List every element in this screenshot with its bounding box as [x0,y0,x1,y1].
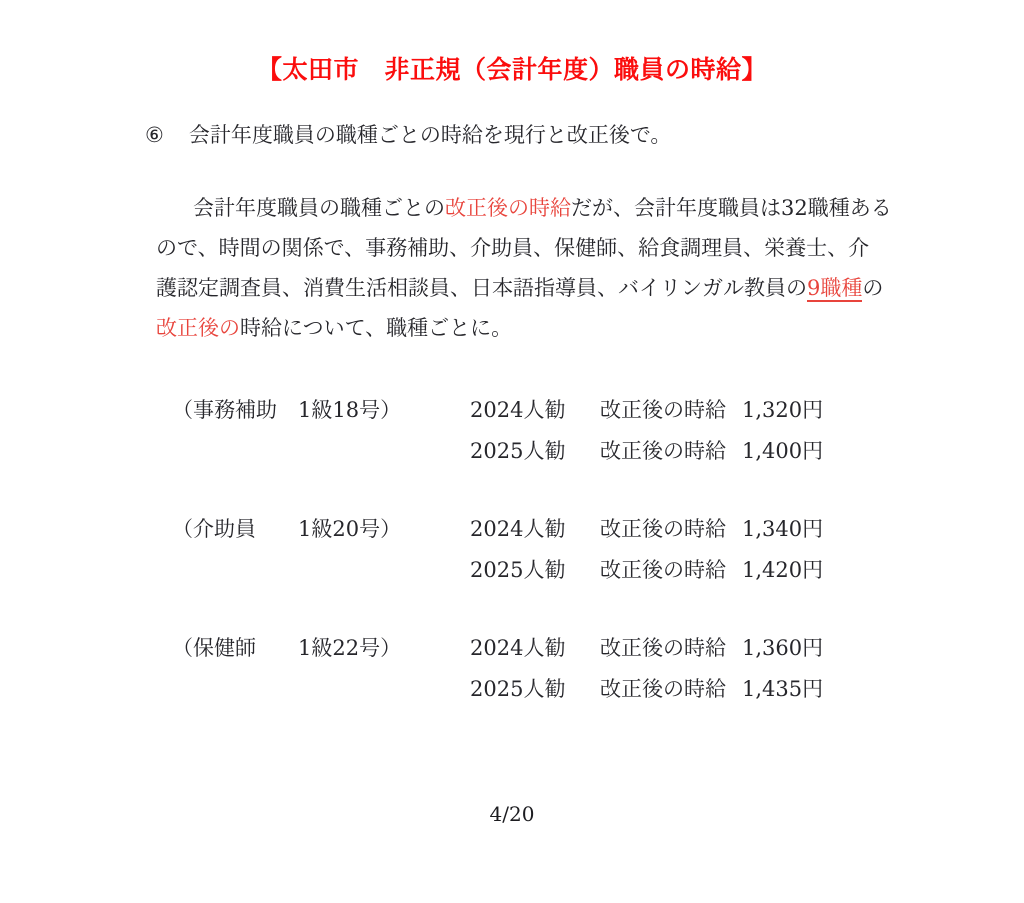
paragraph-segment: ので、時間の関係で、事務補助、介助員、保健師、給食調理員、栄養士、介 [156,236,869,260]
jinkan-year: 2025人勧 [470,550,600,591]
revised-wage-label: 改正後の時給 [600,431,742,472]
jinkan-year: 2024人勧 [470,628,600,669]
paragraph-line: 改正後の時給について、職種ごとに。 [156,308,896,348]
wage-amount: 1,435円 [742,669,823,710]
jinkan-year: 2025人勧 [470,431,600,472]
paragraph-segment-red-underlined: 9職種 [807,276,862,302]
job-grade-label-empty [172,550,470,591]
paragraph-segment: だが、会計年度職員は32職種ある [571,196,892,220]
revised-wage-label: 改正後の時給 [600,509,742,550]
paragraph-segment: 会計年度職員の職種ごとの [193,196,445,220]
revised-wage-label: 改正後の時給 [600,390,742,431]
wage-row: （介助員 1級20号） 2024人勧 改正後の時給 1,340円 [172,509,823,550]
page-title: 【太田市 非正規（会計年度）職員の時給】 [0,50,1024,86]
wage-amount: 1,420円 [742,550,823,591]
item-line: ⑥会計年度職員の職種ごとの時給を現行と改正後で。 [145,119,671,151]
wage-row: （事務補助 1級18号） 2024人勧 改正後の時給 1,320円 [172,390,823,431]
wage-amount: 1,320円 [742,390,823,431]
paragraph-segment: の [862,276,883,300]
job-grade-label-empty [172,669,470,710]
wage-block-kaijoin: （介助員 1級20号） 2024人勧 改正後の時給 1,340円 2025人勧 … [172,509,823,591]
page-number: 4/20 [0,802,1024,826]
revised-wage-label: 改正後の時給 [600,669,742,710]
paragraph-line: 会計年度職員の職種ごとの改正後の時給だが、会計年度職員は32職種ある [156,188,896,228]
wage-block-hokenshi: （保健師 1級22号） 2024人勧 改正後の時給 1,360円 2025人勧 … [172,628,823,710]
paragraph-segment: 時給について、職種ごとに。 [240,316,512,340]
jinkan-year: 2024人勧 [470,390,600,431]
wage-amount: 1,340円 [742,509,823,550]
item-number: ⑥ [145,119,164,151]
paragraph-segment: 護認定調査員、消費生活相談員、日本語指導員、バイリンガル教員の [156,276,807,300]
paragraph-segment-red: 改正後の [156,316,240,340]
revised-wage-label: 改正後の時給 [600,550,742,591]
job-grade-label: （事務補助 1級18号） [172,390,470,431]
paragraph-line: 護認定調査員、消費生活相談員、日本語指導員、バイリンガル教員の9職種の [156,268,896,308]
paragraph-line: ので、時間の関係で、事務補助、介助員、保健師、給食調理員、栄養士、介 [156,228,896,268]
jinkan-year: 2024人勧 [470,509,600,550]
wage-row: 2025人勧 改正後の時給 1,400円 [172,431,823,472]
document-page: 【太田市 非正規（会計年度）職員の時給】 ⑥会計年度職員の職種ごとの時給を現行と… [0,0,1024,903]
wage-row: （保健師 1級22号） 2024人勧 改正後の時給 1,360円 [172,628,823,669]
job-grade-label: （介助員 1級20号） [172,509,470,550]
paragraph-segment-red: 改正後の時給 [445,196,571,220]
job-grade-label-empty [172,431,470,472]
revised-wage-label: 改正後の時給 [600,628,742,669]
job-grade-label: （保健師 1級22号） [172,628,470,669]
item-text: 会計年度職員の職種ごとの時給を現行と改正後で。 [189,123,672,147]
wage-amount: 1,360円 [742,628,823,669]
wage-block-jimu-hojo: （事務補助 1級18号） 2024人勧 改正後の時給 1,320円 2025人勧… [172,390,823,472]
jinkan-year: 2025人勧 [470,669,600,710]
wage-amount: 1,400円 [742,431,823,472]
wage-row: 2025人勧 改正後の時給 1,420円 [172,550,823,591]
wage-row: 2025人勧 改正後の時給 1,435円 [172,669,823,710]
body-paragraph: 会計年度職員の職種ごとの改正後の時給だが、会計年度職員は32職種ある ので、時間… [156,188,896,348]
